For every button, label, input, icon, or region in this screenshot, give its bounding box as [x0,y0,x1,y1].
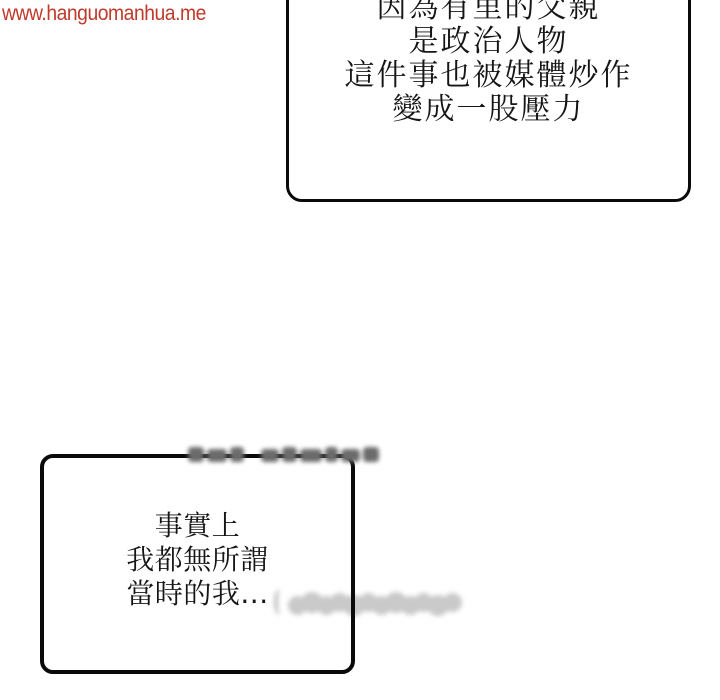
blur-blob [372,596,391,615]
blurred-watermark-top [188,444,360,466]
blur-blob [363,447,379,462]
blur-blob [300,449,322,462]
speech-line: 當時的我... [44,577,351,611]
speech-line: 是政治人物 [289,25,688,59]
speech-bubble-top: 因為有里的父親 是政治人物 這件事也被媒體炒作 變成一股壓力 [286,0,691,202]
blur-blob [207,449,227,462]
blur-blob [188,447,204,462]
blur-blob [282,447,297,462]
site-watermark-text: www.hanguomanhua.me [2,2,206,26]
speech-line: 這件事也被媒體炒作 [289,59,688,93]
speech-line: 我都無所謂 [44,543,351,577]
blur-blob [427,595,449,616]
speech-line: 事實上 [44,509,351,543]
speech-line: 變成一股壓力 [289,93,688,127]
blur-blob [341,449,360,462]
speech-bubble-bottom-text: 事實上 我都無所謂 當時的我... [44,509,351,611]
speech-bubble-bottom: 事實上 我都無所謂 當時的我... [40,454,355,674]
blur-blob [325,447,338,462]
speech-bubble-top-text: 因為有里的父親 是政治人物 這件事也被媒體炒作 變成一股壓力 [289,0,688,127]
blur-blob [401,596,420,615]
blur-blob [230,447,244,462]
speech-line: 因為有里的父親 [289,0,688,25]
blur-blob [261,449,279,462]
